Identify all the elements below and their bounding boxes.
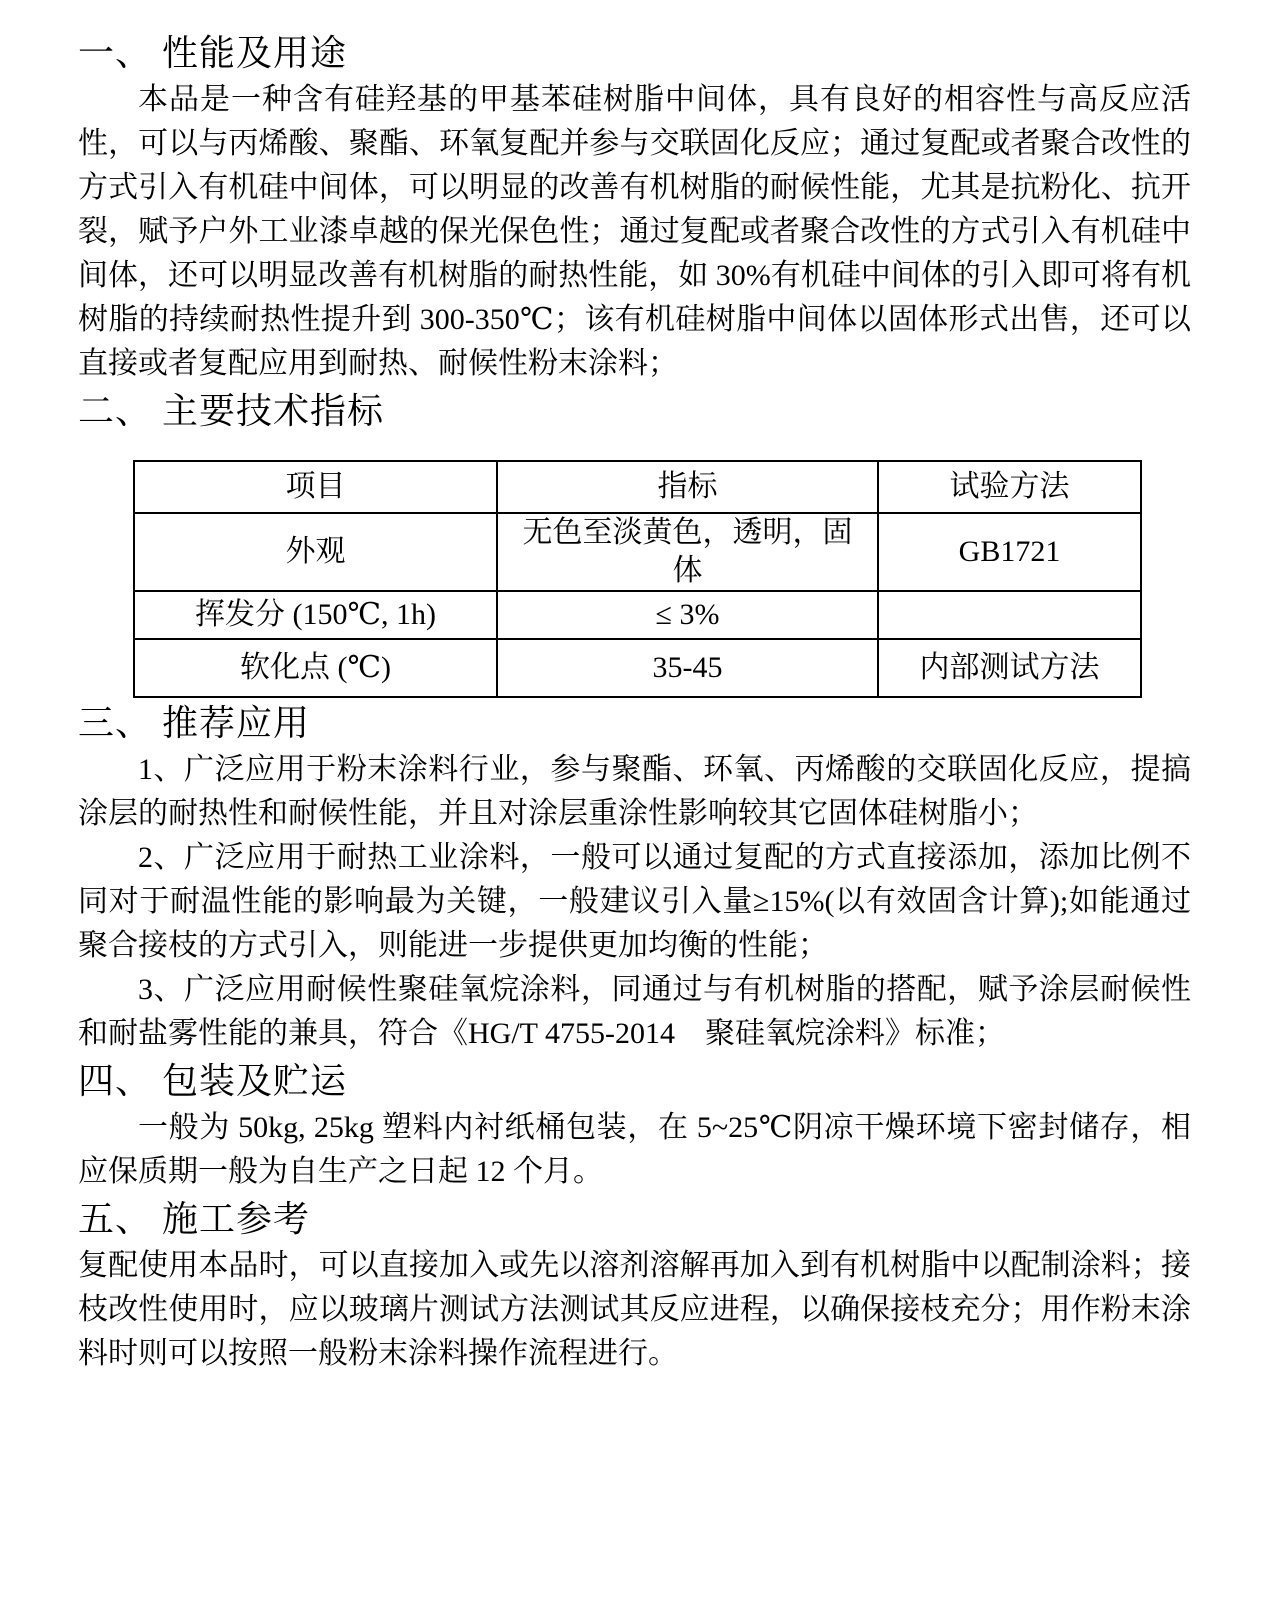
spec-cell-method [878, 591, 1141, 639]
spec-cell-method: GB1721 [878, 513, 1141, 591]
section-heading-performance-uses: 一、 性能及用途 [78, 28, 1191, 78]
application-reference-paragraph: 复配使用本品时，可以直接加入或先以溶剂溶解再加入到有机树脂中以配制涂料；接枝改性… [78, 1244, 1191, 1376]
spec-table-row-softening-point: 软化点 (℃) 35-45 内部测试方法 [134, 639, 1141, 697]
spec-table-row-volatiles: 挥发分 (150℃, 1h) ≤ 3% [134, 591, 1141, 639]
section-heading-application-reference: 五、 施工参考 [78, 1194, 1191, 1244]
performance-uses-paragraph: 本品是一种含有硅羟基的甲基苯硅树脂中间体，具有良好的相容性与高反应活性，可以与丙… [78, 78, 1191, 386]
spec-cell-method: 内部测试方法 [878, 639, 1141, 697]
spec-cell-value: 无色至淡黄色，透明，固体 [497, 513, 878, 591]
section-heading-technical-specs: 二、 主要技术指标 [78, 386, 1191, 436]
spec-table-header-value: 指标 [497, 461, 878, 513]
spec-cell-item: 外观 [134, 513, 497, 591]
datasheet-page: 一、 性能及用途 本品是一种含有硅羟基的甲基苯硅树脂中间体，具有良好的相容性与高… [0, 0, 1269, 1598]
spec-table: 项目 指标 试验方法 外观 无色至淡黄色，透明，固体 GB1721 挥发分 (1… [133, 460, 1142, 698]
spec-table-header-method: 试验方法 [878, 461, 1141, 513]
section-heading-recommended-applications: 三、 推荐应用 [78, 698, 1191, 748]
spec-cell-item: 挥发分 (150℃, 1h) [134, 591, 497, 639]
section-heading-packaging-storage: 四、 包装及贮运 [78, 1056, 1191, 1106]
application-item-2: 2、广泛应用于耐热工业涂料，一般可以通过复配的方式直接添加，添加比例不同对于耐温… [78, 836, 1191, 968]
spec-cell-value: ≤ 3% [497, 591, 878, 639]
spec-table-row-appearance: 外观 无色至淡黄色，透明，固体 GB1721 [134, 513, 1141, 591]
spec-cell-value: 35-45 [497, 639, 878, 697]
spec-table-header-item: 项目 [134, 461, 497, 513]
spec-cell-item: 软化点 (℃) [134, 639, 497, 697]
packaging-storage-paragraph: 一般为 50kg, 25kg 塑料内衬纸桶包装，在 5~25℃阴凉干燥环境下密封… [78, 1106, 1191, 1194]
application-item-1: 1、广泛应用于粉末涂料行业，参与聚酯、环氧、丙烯酸的交联固化反应，提搞涂层的耐热… [78, 748, 1191, 836]
spec-table-header-row: 项目 指标 试验方法 [134, 461, 1141, 513]
application-item-3: 3、广泛应用耐候性聚硅氧烷涂料，同通过与有机树脂的搭配，赋予涂层耐候性和耐盐雾性… [78, 968, 1191, 1056]
